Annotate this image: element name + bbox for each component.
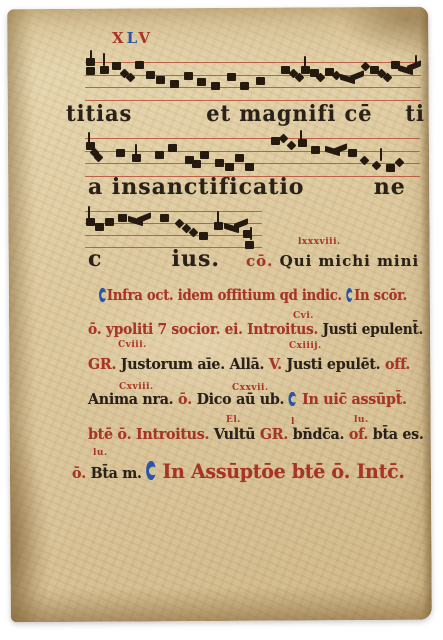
folio-letter: X — [112, 29, 127, 47]
neume — [215, 159, 224, 167]
neume — [86, 67, 95, 75]
text-segment: of. — [349, 425, 373, 443]
text-segment: bn̄dc̄a. — [293, 425, 349, 443]
neume — [300, 130, 302, 143]
folio-letter: L — [127, 29, 139, 47]
neume — [146, 71, 155, 79]
neume — [350, 70, 364, 81]
neume — [311, 146, 320, 154]
neume — [333, 143, 347, 154]
staff-line — [85, 87, 421, 88]
text-segment: a insanctificatio ne — [88, 174, 406, 200]
neume — [168, 144, 177, 152]
neume — [301, 66, 310, 74]
neume — [155, 151, 164, 159]
marginal-numeral: lxxxviii. — [298, 238, 341, 247]
neume — [250, 227, 252, 240]
capitulum-mark — [289, 392, 296, 406]
neume — [256, 77, 265, 85]
text-segment: Justi epulēt. — [287, 355, 385, 373]
neume — [112, 62, 121, 70]
neume — [105, 218, 114, 226]
text-segment: Vultū — [214, 425, 260, 443]
marginal-numeral: Cxviii. — [119, 383, 154, 392]
neume — [170, 80, 179, 88]
text-segment: ō. — [178, 390, 197, 408]
neume — [192, 160, 201, 168]
text-segment: titias et magnifi cē ti — [66, 101, 425, 127]
text-segment: c ius. — [88, 246, 246, 272]
text-segment: Bt̄a m. — [91, 464, 147, 482]
neume — [199, 232, 208, 240]
text-segment: ō. ypoliti 7 socior. ei. Introitus. — [88, 320, 322, 338]
text-segment: Justorum aīe. Allā. — [121, 355, 269, 373]
neume — [395, 158, 405, 168]
rubric-line-5: btē ō. Introitus. Vultū GR. bn̄dc̄a. of.… — [88, 426, 424, 443]
capitulum-mark — [146, 461, 156, 480]
neume — [156, 76, 165, 84]
staff-line — [85, 75, 421, 76]
marginal-numeral: Cviii. — [118, 341, 147, 350]
capitulum-mark — [99, 288, 106, 302]
neume — [135, 61, 144, 69]
neume — [86, 58, 95, 66]
neume — [137, 212, 151, 223]
neume — [200, 151, 209, 159]
neume — [100, 66, 109, 74]
rubric-line-3: GR. Justorum aīe. Allā. V. Justi epulēt.… — [88, 356, 410, 373]
neume — [415, 55, 417, 68]
neume — [197, 78, 206, 86]
text-segment: Anima nra. — [88, 390, 178, 408]
text-segment: Qui michi mini — [280, 252, 420, 270]
lyric-line-2: a insanctificatio ne — [88, 175, 406, 200]
rubric-line-6: ō. Bt̄a m. In Assūptōe btē ō. Intc̄. — [72, 460, 405, 482]
neume — [240, 82, 249, 90]
photograph-canvas: { "title": "Antiphonal manuscript leaf, … — [0, 0, 443, 640]
text-segment: In Assūptōe btē ō. Intc̄. — [163, 459, 405, 483]
marginal-numeral: Cxiiij. — [289, 342, 322, 351]
staff-line — [85, 211, 262, 212]
marginal-numeral: lu. — [93, 449, 108, 458]
marginal-numeral: El. — [226, 416, 241, 425]
text-segment: ō. — [72, 464, 91, 482]
text-segment: V. — [269, 355, 287, 373]
neume — [217, 211, 219, 224]
neume — [132, 154, 141, 162]
neume — [184, 72, 193, 80]
neume — [94, 153, 104, 163]
text-segment: Justi epulent̄. — [322, 320, 423, 338]
marginal-numeral: lu. — [354, 416, 369, 425]
text-segment: btē ō. Introitus. — [88, 425, 214, 443]
rubric-line-4: Anima nra. ō. Dico aū ub. In uic̄ assūpt… — [88, 391, 407, 408]
neume — [95, 223, 104, 231]
marginal-numeral: l — [291, 418, 295, 427]
neume — [380, 148, 382, 161]
neume — [225, 163, 234, 171]
capitulum-mark — [346, 288, 353, 302]
neume — [211, 82, 220, 90]
rubric-line-1: Infra oct. idem offitium qd indic. In sc… — [99, 287, 407, 304]
rubric-line-2: ō. ypoliti 7 socior. ei. Introitus. Just… — [88, 321, 423, 338]
neume — [86, 218, 95, 226]
neume — [118, 214, 127, 222]
leaf-content: XLV titias et magnifi cē tia insanctific… — [0, 0, 443, 640]
staff-line — [85, 235, 262, 236]
neume — [160, 214, 169, 222]
neume — [227, 73, 236, 81]
lyric-line-3: c ius. cō. Qui michi mini — [88, 247, 419, 272]
text-segment: bt̄a es. — [373, 425, 424, 443]
marginal-numeral: Cxxvii. — [232, 384, 269, 393]
neume — [103, 53, 105, 66]
text-segment: off. — [385, 355, 410, 373]
marginal-numeral: Cvi. — [293, 312, 314, 321]
neume — [235, 154, 244, 162]
text-segment: GR. — [88, 355, 121, 373]
neume — [234, 218, 248, 229]
text-segment: Infra oct. idem offitium qd indic. — [107, 286, 346, 304]
text-segment: cō. — [246, 252, 280, 270]
lyric-line-1: titias et magnifi cē ti — [66, 102, 425, 127]
neume — [279, 134, 289, 144]
text-segment: In uic̄ assūpt̄. — [297, 390, 406, 408]
folio-number: XLV — [112, 29, 153, 47]
text-segment: In scōr. — [354, 286, 407, 304]
staff-line — [85, 138, 420, 139]
neume — [386, 164, 395, 172]
neume — [245, 163, 254, 171]
neume — [287, 141, 297, 151]
folio-letter: V — [138, 29, 153, 47]
text-segment: GR. — [260, 425, 293, 443]
neume — [116, 149, 125, 157]
neume — [348, 149, 357, 157]
